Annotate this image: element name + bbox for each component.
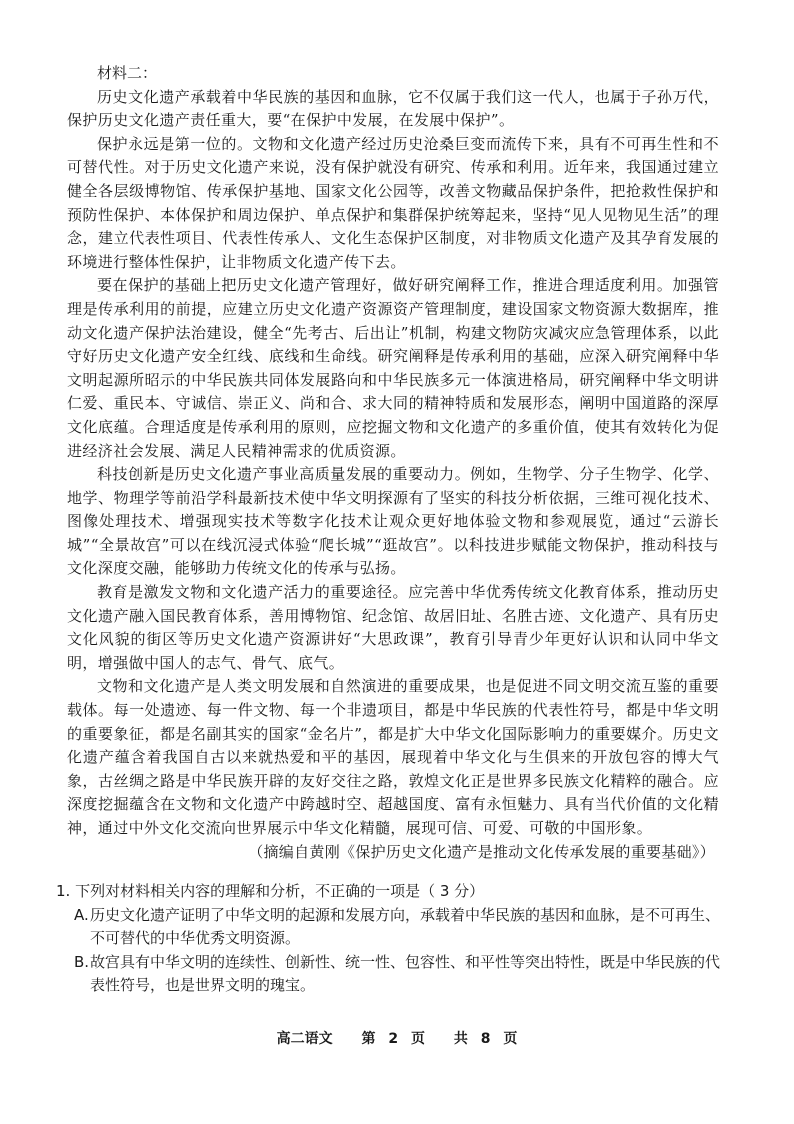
paragraph-education: 教育是激发文物和文化遗产活力的重要途径。应完善中华优秀传统文化教育体系，推动历史… — [67, 581, 719, 675]
material-title: 材料二： — [67, 62, 719, 86]
footer-page-number: 第 2 页 — [362, 1031, 426, 1047]
paragraph-management: 要在保护的基础上把历史文化遗产管理好，做好研究阐释工作，推进合理适度利用。加强管… — [67, 274, 719, 463]
source-citation: （摘编自黄刚《保护历史文化遗产是推动文化传承发展的重要基础》） — [67, 841, 719, 865]
page-footer: 高二语文 第 2 页 共 8 页 — [0, 1028, 794, 1048]
paragraph-technology: 科技创新是历史文化遗产事业高质量发展的重要动力。例如，生物学、分子生物学、化学、… — [67, 463, 719, 581]
option-text: 故宫具有中华文明的连续性、创新性、统一性、包容性、和平性等突出特性，既是中华民族… — [90, 951, 720, 998]
paragraph-exchange: 文物和文化遗产是人类文明发展和自然演进的重要成果，也是促进不同文明交流互鉴的重要… — [67, 675, 719, 840]
question-1: 1. 下列对材料相关内容的理解和分析，不正确的一项是（ 3 分） A. 历史文化… — [56, 880, 720, 998]
option-text: 历史文化遗产证明了中华文明的起源和发展方向，承载着中华民族的基因和血脉，是不可再… — [90, 904, 720, 951]
material-section: 材料二： 历史文化遗产承载着中华民族的基因和血脉，它不仅属于我们这一代人，也属于… — [67, 62, 719, 864]
paragraph-intro: 历史文化遗产承载着中华民族的基因和血脉，它不仅属于我们这一代人，也属于子孙万代，… — [67, 86, 719, 133]
option-a: A. 历史文化遗产证明了中华文明的起源和发展方向，承载着中华民族的基因和血脉，是… — [56, 904, 720, 951]
option-b: B. 故宫具有中华文明的连续性、创新性、统一性、包容性、和平性等突出特性，既是中… — [56, 951, 720, 998]
paragraph-protection: 保护永远是第一位的。文物和文化遗产经过历史沧桑巨变而流传下来，具有不可再生性和不… — [67, 133, 719, 275]
option-letter: B. — [74, 951, 90, 998]
footer-total-pages: 共 8 页 — [454, 1031, 518, 1047]
footer-subject: 高二语文 — [277, 1031, 333, 1047]
option-letter: A. — [74, 904, 90, 951]
question-stem: 1. 下列对材料相关内容的理解和分析，不正确的一项是（ 3 分） — [56, 880, 720, 904]
